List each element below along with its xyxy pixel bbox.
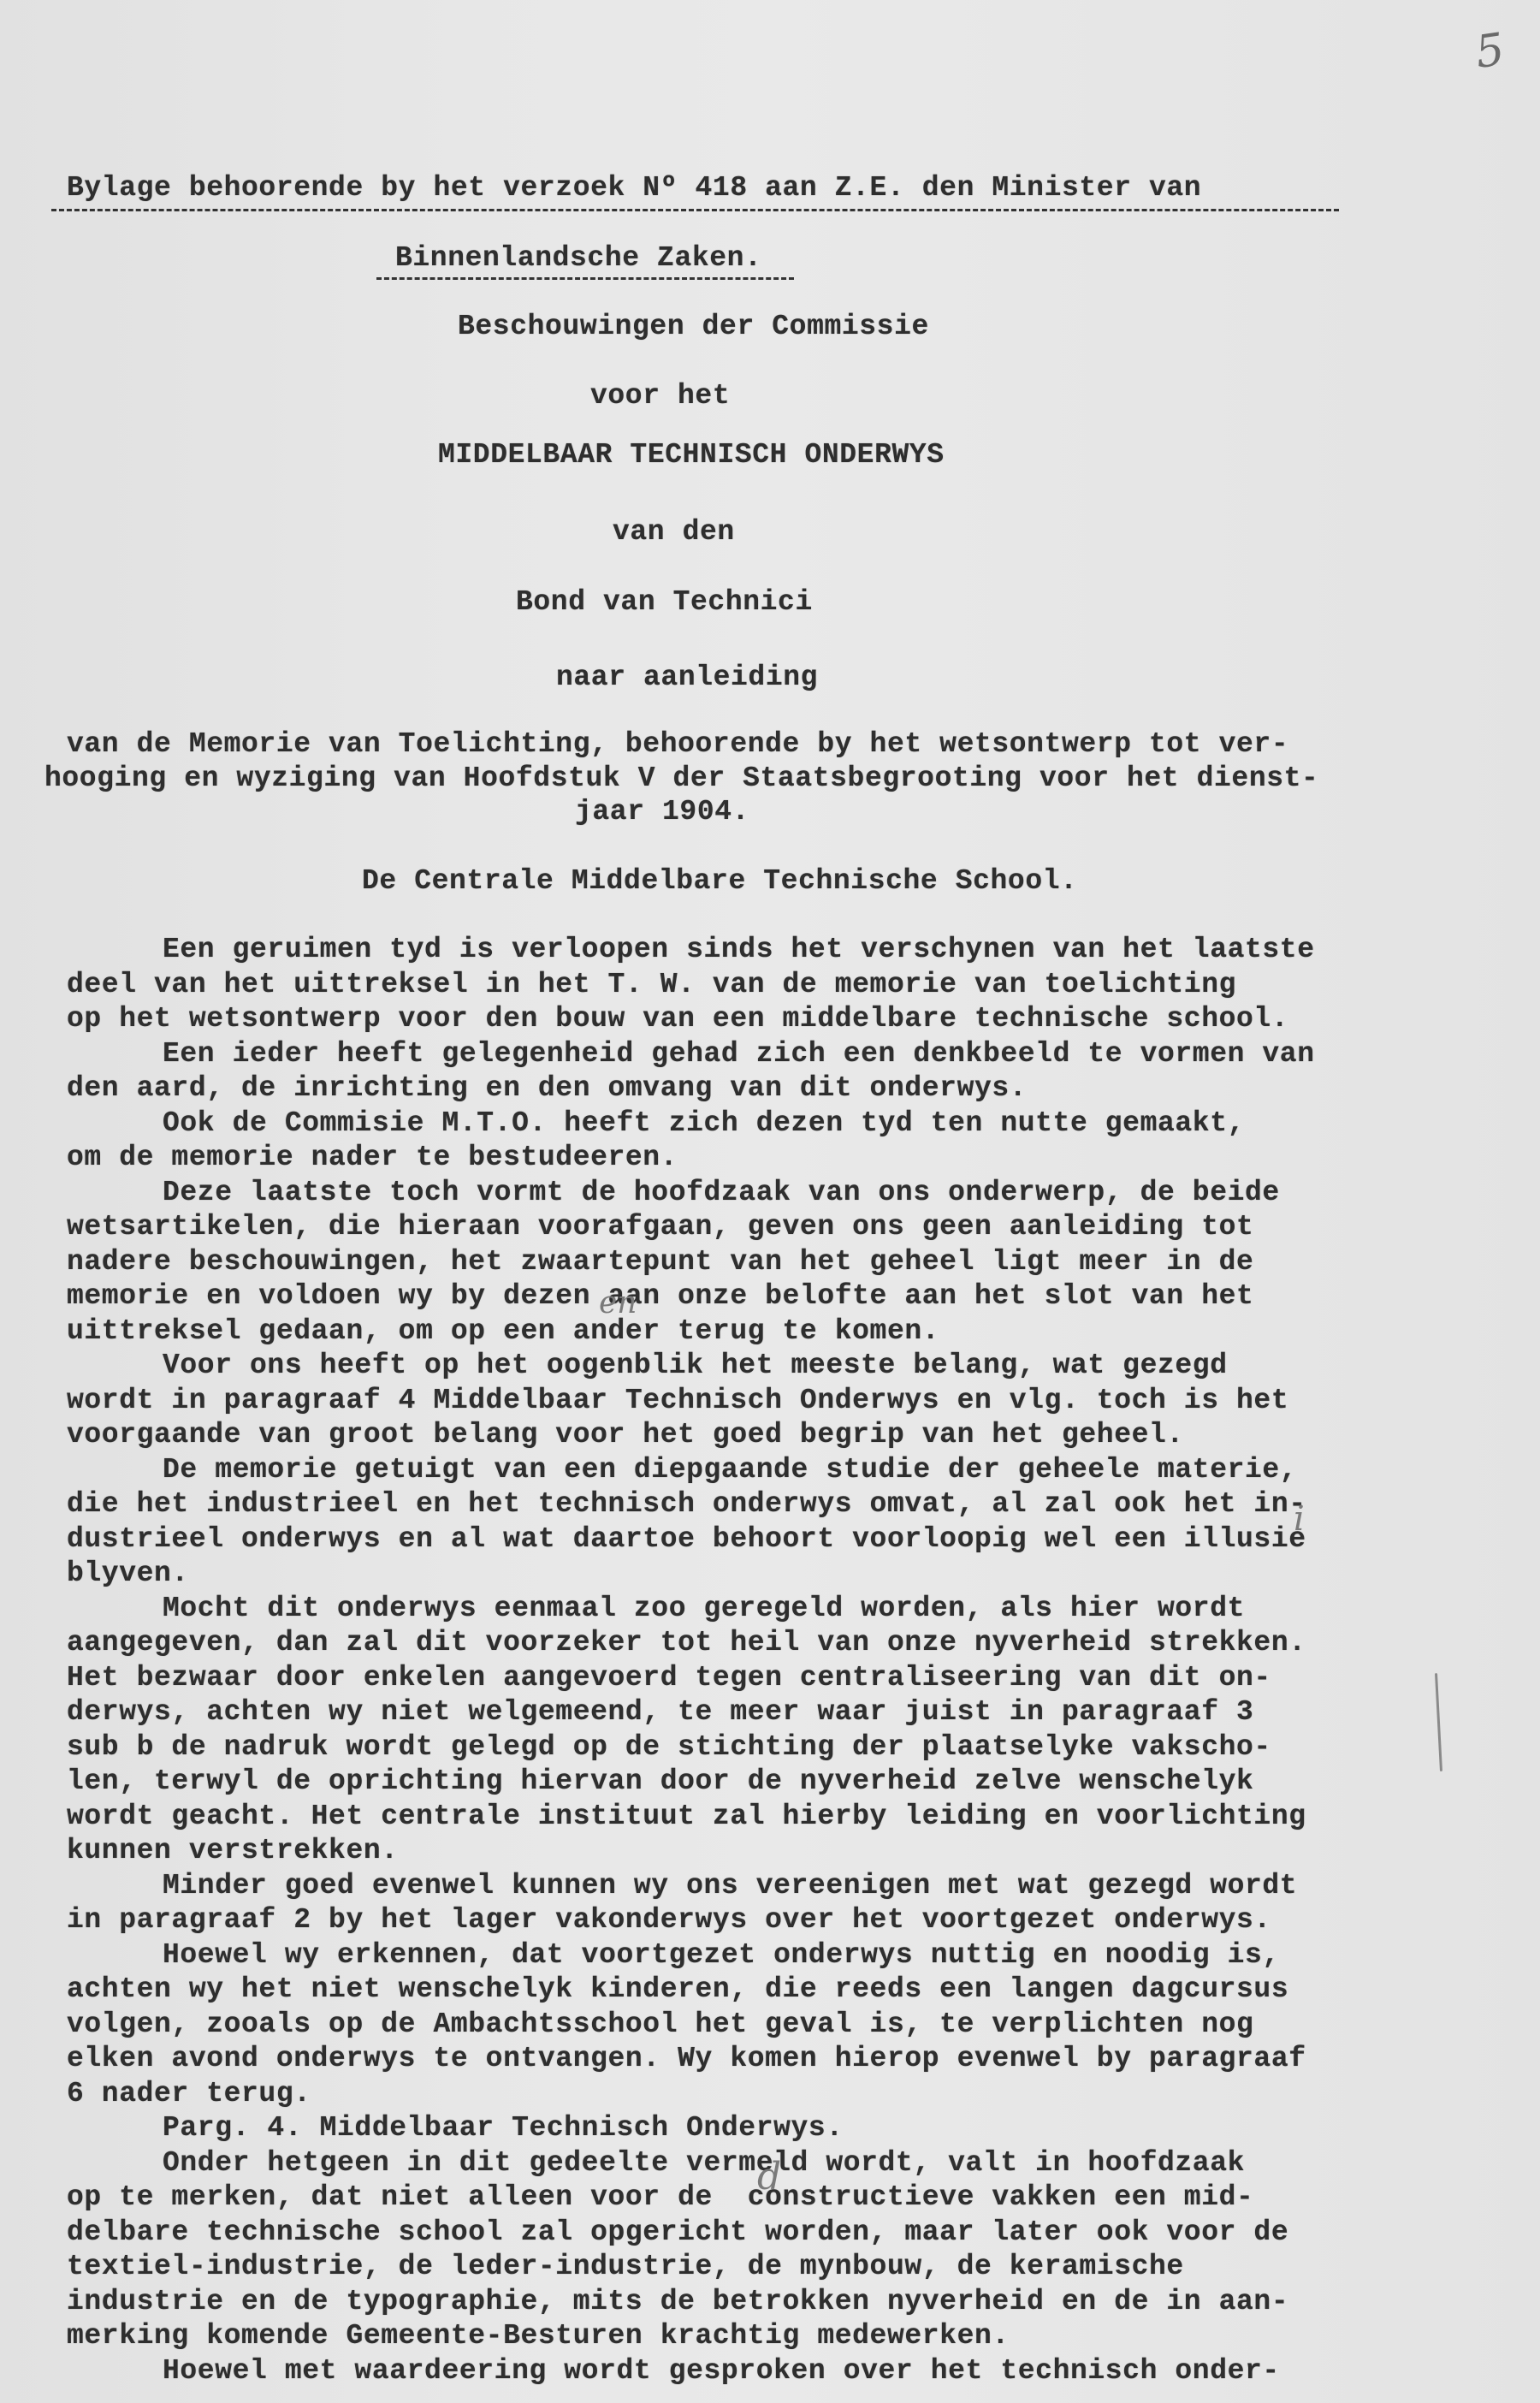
body-line: sub b de nadruk wordt gelegd op de stich… <box>67 1730 1271 1765</box>
body-line: den aard, de inrichting en den omvang va… <box>67 1071 1027 1106</box>
body-line: op het wetsontwerp voor den bouw van een… <box>67 1002 1288 1036</box>
body-line: delbare technische school zal opgericht … <box>67 2216 1288 2250</box>
title-underline-1 <box>51 209 1339 211</box>
body-line: in paragraaf 2 by het lager vakonderwys … <box>67 1903 1271 1937</box>
body-line: Mocht dit onderwys eenmaal zoo geregeld … <box>163 1592 1245 1626</box>
handwritten-en-annotation: en <box>599 1285 637 1320</box>
body-line: om de memorie nader te bestudeeren. <box>67 1141 678 1175</box>
subtitle-mto: MIDDELBAAR TECHNISCH ONDERWYS <box>438 438 945 472</box>
subtitle-van-den: van den <box>613 515 735 549</box>
margin-line-mark <box>1435 1673 1442 1771</box>
body-line: achten wy het niet wenschelyk kinderen, … <box>67 1973 1288 2007</box>
body-line: derwys, achten wy niet welgemeend, te me… <box>67 1695 1253 1730</box>
subtitle-naar-aanleiding: naar aanleiding <box>556 661 818 695</box>
body-line: blyven. <box>67 1557 189 1591</box>
body-line: kunnen verstrekken. <box>67 1834 399 1868</box>
body-line: Een ieder heeft gelegenheid gehad zich e… <box>163 1037 1315 1071</box>
body-line: Ook de Commisie M.T.O. heeft zich dezen … <box>163 1107 1245 1141</box>
handwritten-d-annotation: d <box>757 2155 781 2198</box>
body-line: deel van het uittreksel in het T. W. van… <box>67 968 1236 1002</box>
intro-line-1: van de Memorie van Toelichting, behooren… <box>67 727 1288 762</box>
body-line: Onder hetgeen in dit gedeelte vermeld wo… <box>163 2146 1245 2180</box>
subtitle-commission: Beschouwingen der Commissie <box>458 310 929 344</box>
document-page: 5 Bylage behoorende by het verzoek Nº 41… <box>0 0 1540 2403</box>
body-line: len, terwyl de oprichting hiervan door d… <box>67 1765 1253 1799</box>
body-line: die het industrieel en het technisch ond… <box>67 1487 1306 1522</box>
body-line: industrie en de typographie, mits de bet… <box>67 2285 1288 2319</box>
body-line: dustrieel onderwys en al wat daartoe beh… <box>67 1522 1306 1557</box>
title-underline-2 <box>376 277 794 280</box>
body-line: Hoewel wy erkennen, dat voortgezet onder… <box>163 1938 1280 1973</box>
body-line: 6 nader terug. <box>67 2077 311 2111</box>
subtitle-bond: Bond van Technici <box>516 585 813 620</box>
intro-line-3: jaar 1904. <box>575 795 749 829</box>
body-line: Voor ons heeft op het oogenblik het mees… <box>163 1349 1228 1383</box>
body-line: Hoewel met waardeering wordt gesproken o… <box>163 2354 1280 2388</box>
section-title: De Centrale Middelbare Technische School… <box>362 864 1078 899</box>
document-title-line-1: Bylage behoorende by het verzoek Nº 418 … <box>67 171 1201 205</box>
body-line: voorgaande van groot belang voor het goe… <box>67 1418 1184 1452</box>
body-line: elken avond onderwys te ontvangen. Wy ko… <box>67 2042 1306 2076</box>
body-line: textiel-industrie, de leder-industrie, d… <box>67 2250 1184 2284</box>
body-line: uittreksel gedaan, om op een ander terug… <box>67 1314 939 1349</box>
document-title-line-2: Binnenlandsche Zaken. <box>395 241 761 276</box>
body-line: wordt geacht. Het centrale instituut zal… <box>67 1800 1306 1834</box>
subtitle-voor-het: voor het <box>590 379 730 413</box>
body-line: aangegeven, dan zal dit voorzeker tot he… <box>67 1626 1306 1660</box>
body-line: Een geruimen tyd is verloopen sinds het … <box>163 933 1315 967</box>
intro-line-2: hooging en wyziging van Hoofdstuk V der … <box>44 762 1318 796</box>
body-line: op te merken, dat niet alleen voor de co… <box>67 2180 1253 2215</box>
body-line: Het bezwaar door enkelen aangevoerd tege… <box>67 1661 1271 1695</box>
body-line: memorie en voldoen wy by dezen aan onze … <box>67 1279 1253 1314</box>
body-line: nadere beschouwingen, het zwaartepunt va… <box>67 1245 1253 1279</box>
body-line: merking komende Gemeente-Besturen kracht… <box>67 2319 1010 2353</box>
handwritten-i-annotation: i <box>1294 1499 1305 1539</box>
body-line: wordt in paragraaf 4 Middelbaar Technisc… <box>67 1384 1288 1418</box>
body-line: wetsartikelen, die hieraan voorafgaan, g… <box>67 1210 1253 1244</box>
body-line: Minder goed evenwel kunnen wy ons vereen… <box>163 1869 1297 1903</box>
body-line: Deze laatste toch vormt de hoofdzaak van… <box>163 1176 1280 1210</box>
handwritten-page-number: 5 <box>1472 24 1507 79</box>
body-line: De memorie getuigt van een diepgaande st… <box>163 1453 1297 1487</box>
body-line: Parg. 4. Middelbaar Technisch Onderwys. <box>163 2111 844 2145</box>
body-line: volgen, zooals op de Ambachtsschool het … <box>67 2008 1253 2042</box>
